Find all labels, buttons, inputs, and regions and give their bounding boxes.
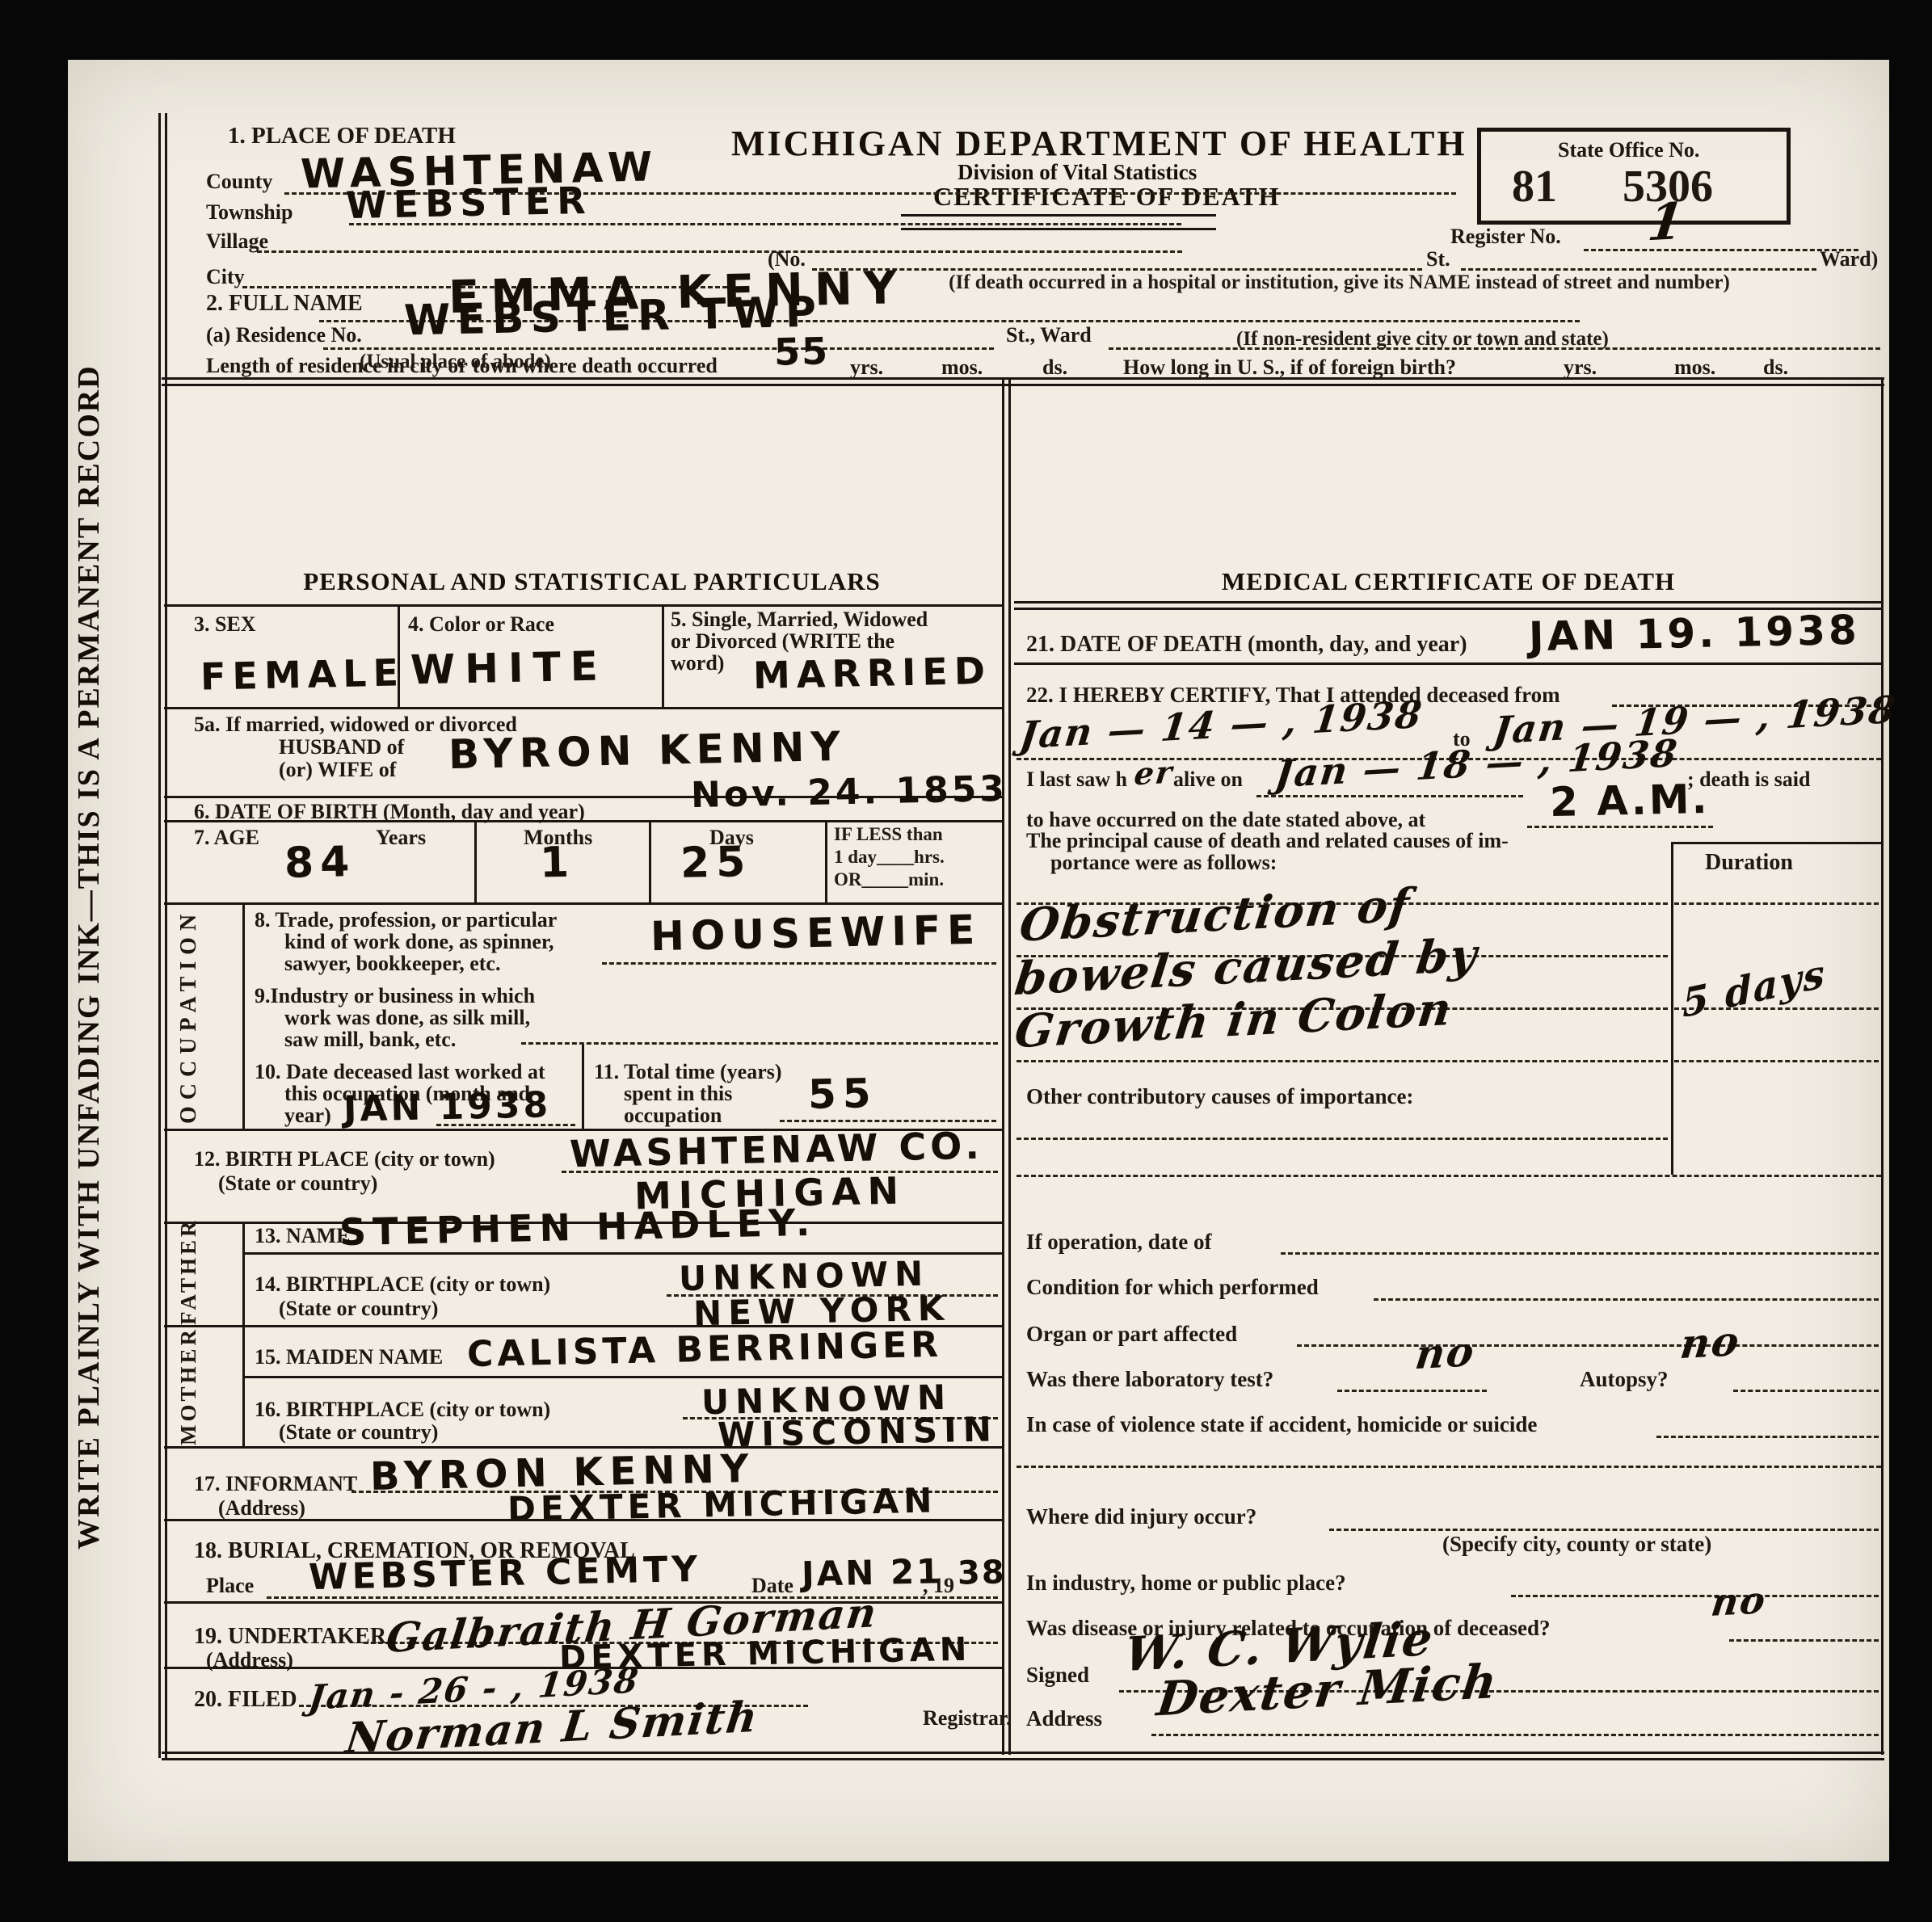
autopsy-value: no (1677, 1317, 1743, 1368)
county-label: County (206, 170, 272, 194)
header-rule (901, 214, 1216, 217)
rule (164, 604, 1004, 607)
rule (164, 1519, 1004, 1521)
injury-label: Where did injury occur? (1026, 1504, 1256, 1529)
scanned-document: WRITE PLAINLY WITH UNFADING INK—THIS IS … (0, 0, 1932, 1922)
cell-rule (582, 1045, 584, 1129)
industry-label-1: 9.Industry or business in which (255, 984, 535, 1008)
registrar-label: Registrar. (923, 1706, 1012, 1731)
top-section-rule (162, 377, 1884, 386)
industry-place-label: In industry, home or public place? (1026, 1571, 1346, 1596)
marital-label-2: or Divorced (WRITE the (671, 629, 894, 654)
residence-value: WEBSTER TWP (403, 288, 823, 346)
dod-label: 21. DATE OF DEATH (month, day, and year) (1026, 632, 1467, 658)
ward-label: Ward) (1820, 247, 1878, 271)
last-worked-label-1: 10. Date deceased last worked at (255, 1060, 545, 1084)
condition-label: Condition for which performed (1026, 1275, 1319, 1300)
organ-line (1297, 1344, 1879, 1347)
rule (164, 820, 1004, 822)
rule (1014, 662, 1883, 665)
contributory-label: Other contributory causes of importance: (1026, 1084, 1413, 1109)
personal-section-title: PERSONAL AND STATISTICAL PARTICULARS (182, 567, 1002, 596)
register-value: 1 (1645, 191, 1689, 253)
rule (164, 902, 1004, 905)
mother-bp-label: 16. BIRTHPLACE (city or town) (255, 1398, 550, 1422)
trade-label-3: sawyer, bookkeeper, etc. (284, 952, 500, 976)
informant-label: 17. INFORMANT (194, 1472, 357, 1496)
last-saw-label-2: alive on (1173, 768, 1243, 792)
address-label: Address (1026, 1706, 1102, 1731)
father-name-label: 13. NAME (255, 1224, 350, 1248)
rule (164, 707, 1004, 709)
st-ward-label: St., Ward (1006, 323, 1092, 347)
cause-line-rule (1674, 902, 1879, 905)
ds-label: ds. (1042, 355, 1067, 380)
yrs2-label: yrs. (1564, 355, 1597, 380)
filed-label: 20. FILED (194, 1687, 297, 1713)
contributory-line (1017, 1175, 1881, 1177)
rule (164, 1446, 1004, 1449)
mos2-label: mos. (1674, 355, 1715, 380)
birthplace-city-value: WASHTENAW CO. (569, 1124, 983, 1176)
mos-label: mos. (941, 355, 983, 380)
principal-label-2: portance were as follows: (1050, 851, 1277, 875)
occurred-line (1527, 826, 1713, 828)
industry-place-line (1511, 1595, 1879, 1597)
burial-place-value: WEBSTER CEMTY (309, 1549, 702, 1598)
last-saw-line (1256, 795, 1523, 797)
organ-label: Organ or part affected (1026, 1322, 1237, 1347)
state-office-box: State Office No. 81 5306 (1477, 128, 1791, 225)
birthplace-sublabel: (State or country) (218, 1171, 377, 1196)
dob-value: Nov. 24. 1853 (691, 768, 1008, 816)
industry-line (521, 1042, 998, 1045)
duration-box-rule (1671, 842, 1883, 844)
marital-label-3: word) (671, 651, 724, 675)
register-line (1584, 249, 1858, 251)
residence-line (323, 347, 994, 350)
trade-label-1: 8. Trade, profession, or particular (255, 908, 557, 932)
village-line (257, 250, 1182, 253)
column-divider-rule (1002, 377, 1011, 1755)
medical-section-title: MEDICAL CERTIFICATE OF DEATH (1014, 567, 1883, 596)
burial-year-printed: , 19 (923, 1574, 954, 1598)
header-rule-2 (901, 228, 1216, 230)
age-years-value: 84 (284, 838, 356, 888)
birthplace-label: 12. BIRTH PLACE (city or town) (194, 1147, 495, 1171)
race-value: WHITE (410, 642, 608, 693)
yrs-label: yrs. (850, 355, 883, 380)
cell-rule (825, 820, 827, 902)
nonresident-note: (If non-resident give city or town and s… (1236, 328, 1609, 351)
last-worked-label-3: year) (284, 1104, 331, 1128)
section-divider-line (1017, 1466, 1881, 1468)
if-less-label-2: 1 day____hrs. (834, 847, 945, 868)
cell-rule (474, 820, 477, 902)
related-line (1729, 1639, 1879, 1642)
last-saw-label-1: I last saw h (1026, 768, 1127, 792)
race-label: 4. Color or Race (408, 612, 554, 637)
industry-label-3: saw mill, bank, etc. (284, 1028, 456, 1052)
marital-value: MARRIED (752, 649, 991, 697)
father-side-label: FATHER (176, 1222, 241, 1325)
address-line (1151, 1734, 1879, 1736)
father-bp-sublabel: (State or country) (279, 1297, 438, 1321)
injury-note: (Specify city, county or state) (1442, 1532, 1711, 1557)
last-worked-value: JAN 1938 (343, 1084, 551, 1129)
certificate-title: CERTIFICATE OF DEATH (933, 182, 1280, 212)
sex-label: 3. SEX (194, 612, 256, 637)
township-value: WEBSTER (345, 179, 592, 227)
total-time-label-3: occupation (624, 1104, 722, 1128)
wife-label: (or) WIFE of (279, 758, 396, 782)
if-less-label-1: IF LESS than (834, 824, 943, 845)
ds2-label: ds. (1763, 355, 1788, 380)
burial-line (267, 1596, 998, 1599)
age-days-value: 25 (680, 838, 752, 888)
autopsy-label: Autopsy? (1580, 1367, 1669, 1392)
trade-label-2: kind of work done, as spinner, (284, 930, 554, 954)
husband-label: HUSBAND of (279, 735, 404, 759)
trade-value: HOUSEWIFE (650, 906, 981, 961)
township-label: Township (206, 200, 293, 225)
total-time-value: 55 (807, 1070, 878, 1118)
age-label: 7. AGE (194, 826, 259, 850)
margin-note: WRITE PLAINLY WITH UNFADING INK—THIS IS … (71, 234, 149, 1680)
total-time-label-1: 11. Total time (years) (594, 1060, 782, 1084)
autopsy-line (1733, 1390, 1879, 1392)
occurred-time-value: 2 A.M. (1549, 776, 1710, 826)
operation-label: If operation, date of (1026, 1230, 1211, 1255)
total-time-line (780, 1120, 996, 1122)
occupation-side-label: OCCUPATION (176, 902, 241, 1129)
place-of-death-label: 1. PLACE OF DEATH (228, 123, 456, 149)
lab-label: Was there laboratory test? (1026, 1367, 1273, 1392)
duration-box-rule (1671, 842, 1673, 1175)
related-value: no (1709, 1578, 1770, 1625)
cell-rule (242, 902, 245, 1129)
residence-label: (a) Residence No. (206, 323, 362, 347)
spouse-value: BYRON KENNY (448, 723, 847, 778)
cell-rule (649, 820, 651, 902)
cell-rule (242, 1222, 245, 1325)
us-length-label: How long in U. S., if of foreign birth? (1123, 355, 1456, 380)
state-office-prefix: 81 (1512, 161, 1557, 212)
informant-sublabel: (Address) (218, 1496, 305, 1520)
length-label: Length of residence in city or town wher… (206, 354, 718, 378)
violence-line (1656, 1436, 1879, 1438)
length-value: 55 (773, 329, 829, 373)
register-label: Register No. (1450, 225, 1561, 249)
cell-rule (242, 1325, 245, 1446)
mother-name-label: 15. MAIDEN NAME (255, 1345, 443, 1369)
full-name-label: 2. FULL NAME (206, 291, 363, 317)
department-title: MICHIGAN DEPARTMENT OF HEALTH (731, 123, 1467, 164)
principal-label-1: The principal cause of death and related… (1026, 829, 1509, 853)
marital-label-1: 5. Single, Married, Widowed (671, 608, 928, 632)
industry-label-2: work was done, as silk mill, (284, 1006, 530, 1030)
undertaker-label: 19. UNDERTAKER (194, 1624, 386, 1650)
st-line (1461, 268, 1816, 271)
burial-year-value: 38 (958, 1554, 1007, 1592)
mother-side-label: MOTHER (176, 1325, 241, 1446)
years-label: Years (376, 826, 426, 850)
total-time-label-2: spent in this (624, 1082, 732, 1106)
signed-label: Signed (1026, 1663, 1089, 1688)
st-label: St. (1426, 247, 1450, 271)
duration-label: Duration (1705, 850, 1793, 876)
lab-value: no (1412, 1327, 1478, 1378)
hospital-note: (If death occurred in a hospital or inst… (796, 271, 1883, 294)
contributory-line (1017, 1138, 1668, 1140)
violence-label: In case of violence state if accident, h… (1026, 1412, 1537, 1437)
injury-line (1329, 1529, 1879, 1531)
last-saw-er-value: er (1132, 754, 1176, 793)
lab-line (1337, 1390, 1487, 1392)
dod-value: JAN 19. 1938 (1528, 607, 1860, 661)
city-label: City (206, 265, 245, 289)
mother-bp-sublabel: (State or country) (279, 1420, 438, 1445)
burial-date-value: JAN 21 (802, 1551, 943, 1594)
condition-line (1374, 1298, 1879, 1301)
cause-line-rule (1674, 1060, 1879, 1062)
trade-line (602, 962, 996, 965)
if-less-label-3: OR_____min. (834, 869, 944, 890)
left-border-rule (158, 113, 167, 1758)
cause-line-rule (1017, 1060, 1668, 1062)
age-months-value: 1 (539, 839, 575, 888)
operation-line (1281, 1252, 1879, 1255)
burial-place-label: Place (206, 1574, 254, 1598)
state-office-label: State Office No. (1558, 138, 1699, 162)
father-bp-label: 14. BIRTHPLACE (city or town) (255, 1272, 550, 1297)
sex-value: FEMALE (200, 650, 405, 698)
cell-rule (662, 604, 664, 707)
